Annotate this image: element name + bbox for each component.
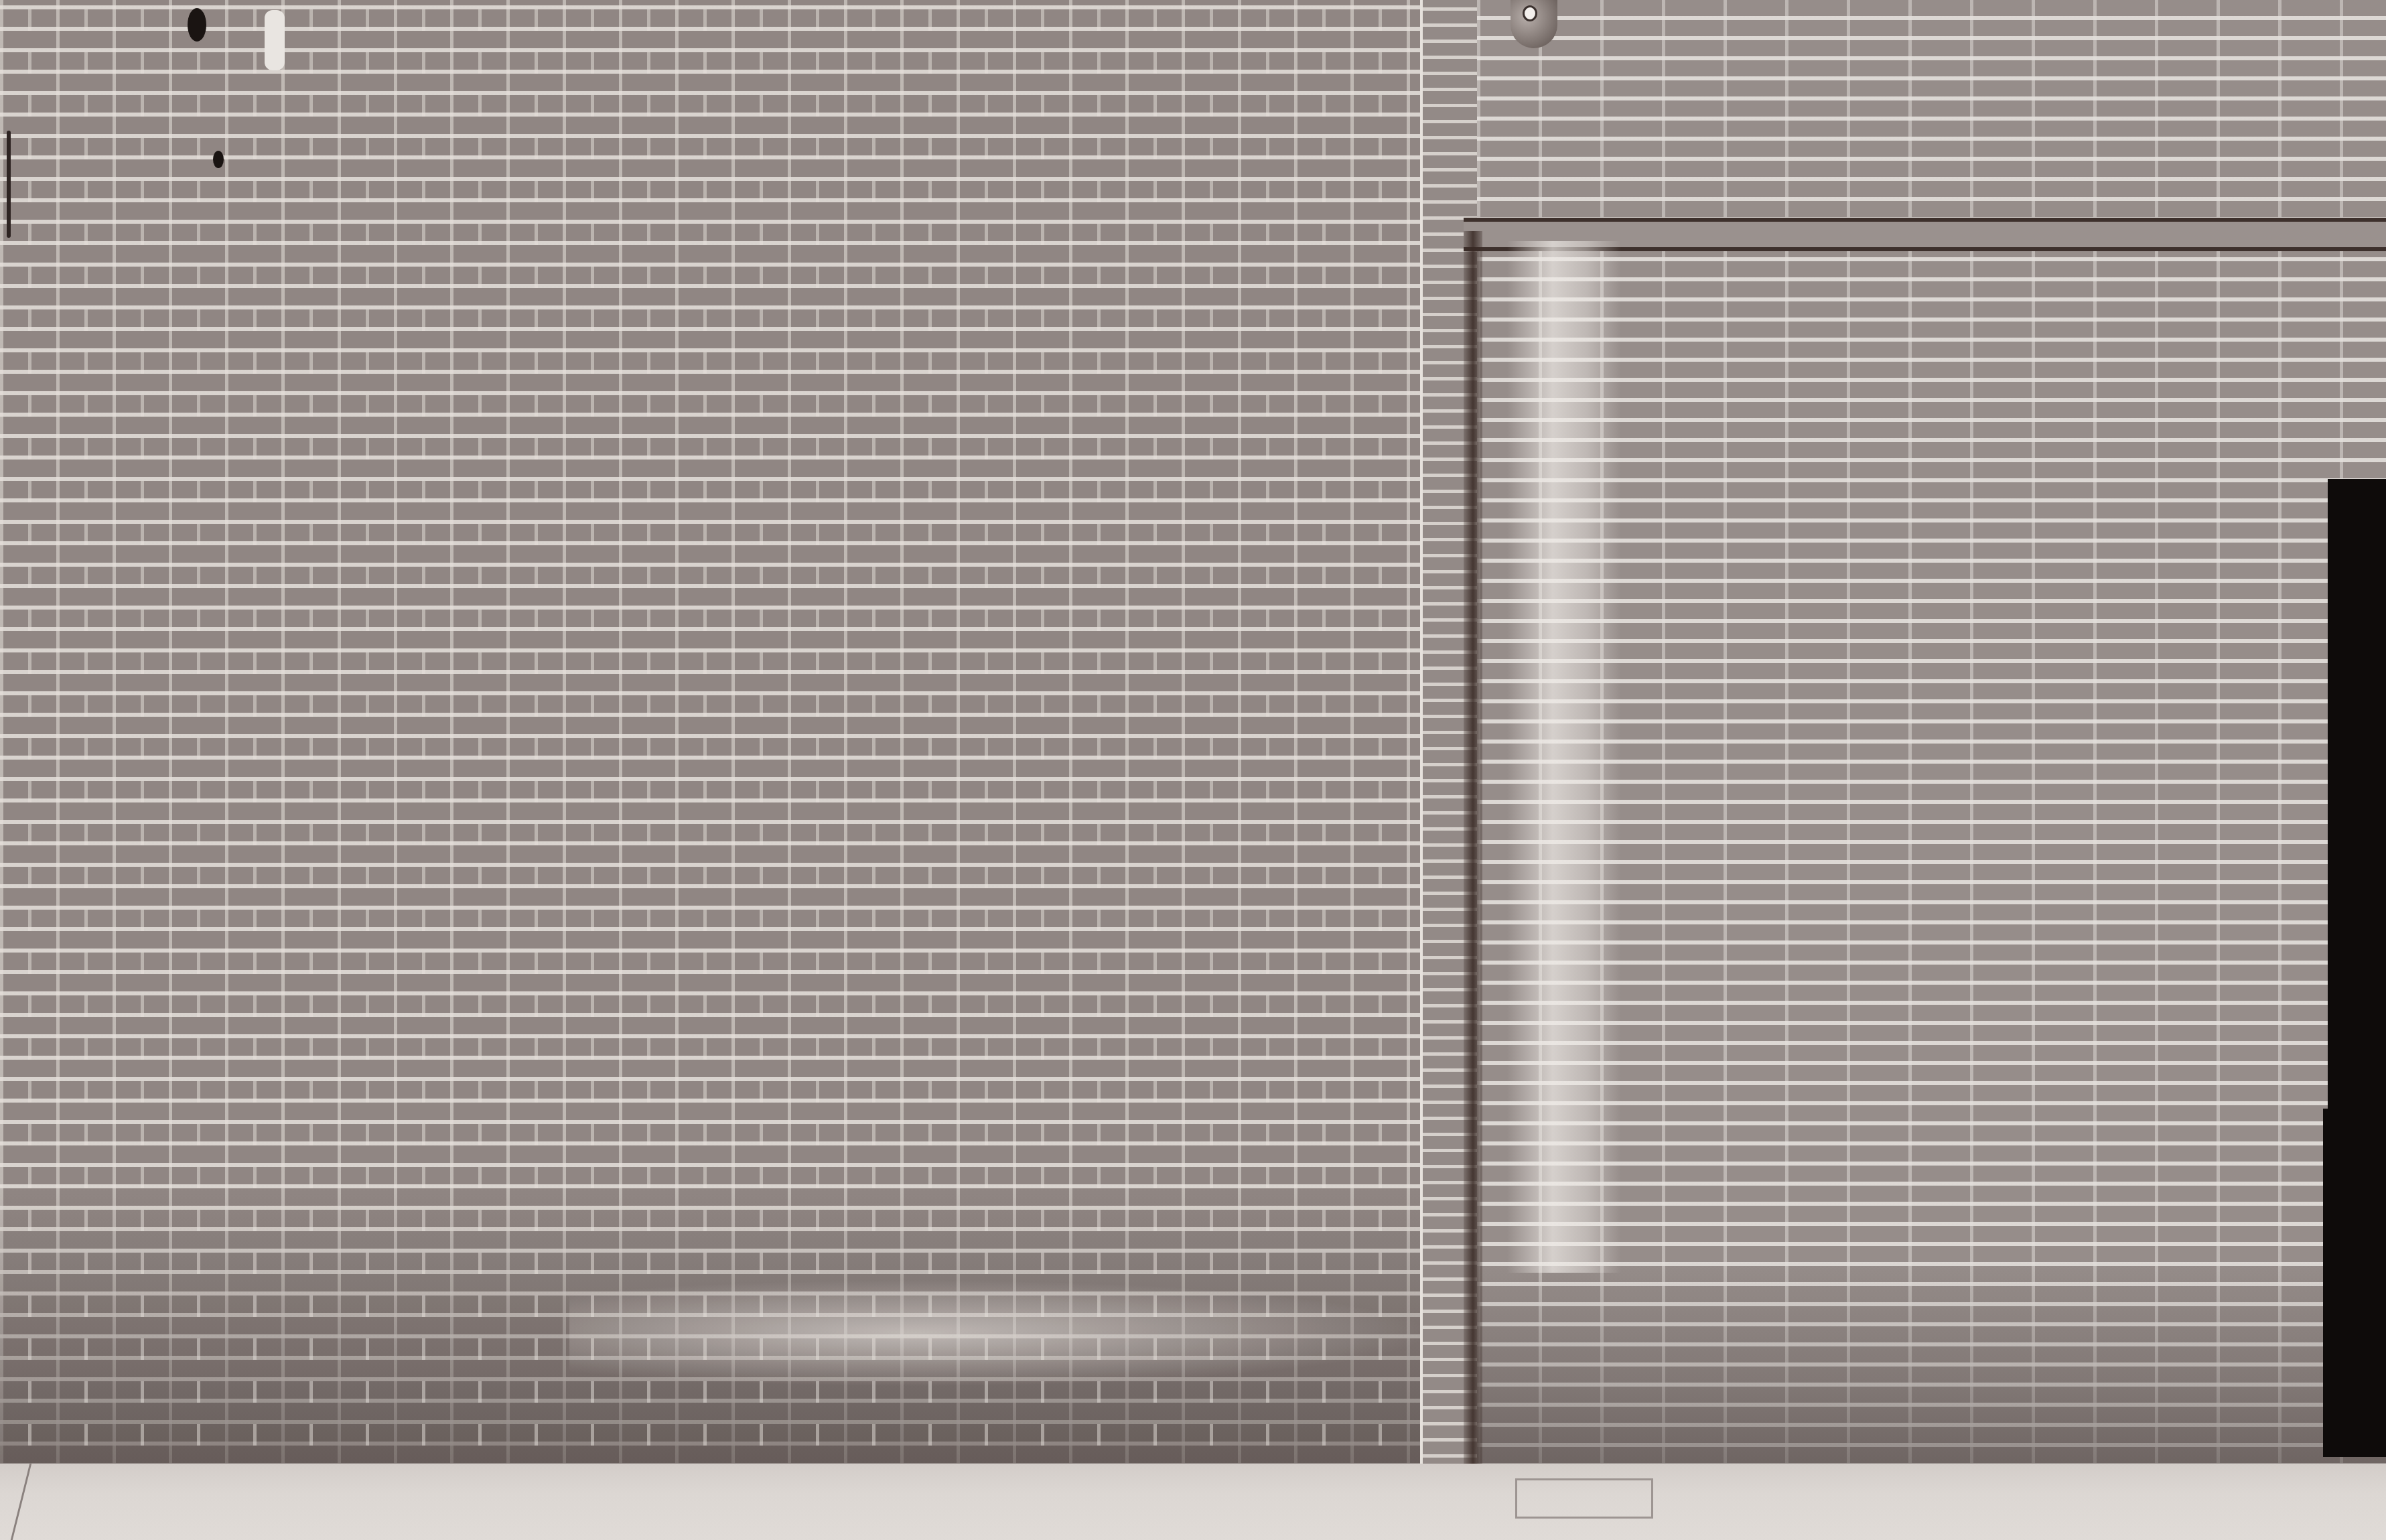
brick-wall-photo — [0, 0, 2386, 1540]
brick-wall-left — [0, 0, 1433, 1467]
doorway-jamb — [2323, 1109, 2386, 1457]
drip-stain — [1464, 231, 1482, 1470]
white-efflorescence-streak — [1507, 241, 1621, 1273]
grime-band — [1477, 1259, 2386, 1467]
grime-band — [0, 1186, 1433, 1467]
sidewalk — [0, 1464, 2386, 1540]
efflorescence-patch — [569, 1279, 1433, 1387]
utility-cover — [1515, 1478, 1653, 1519]
sidewalk-joint — [11, 1464, 31, 1540]
plaster-patch — [265, 10, 285, 70]
wall-light-fixture-icon — [1511, 0, 1557, 48]
wall-hole — [213, 151, 224, 168]
wall-crack — [7, 131, 11, 238]
wall-hole — [188, 8, 206, 42]
